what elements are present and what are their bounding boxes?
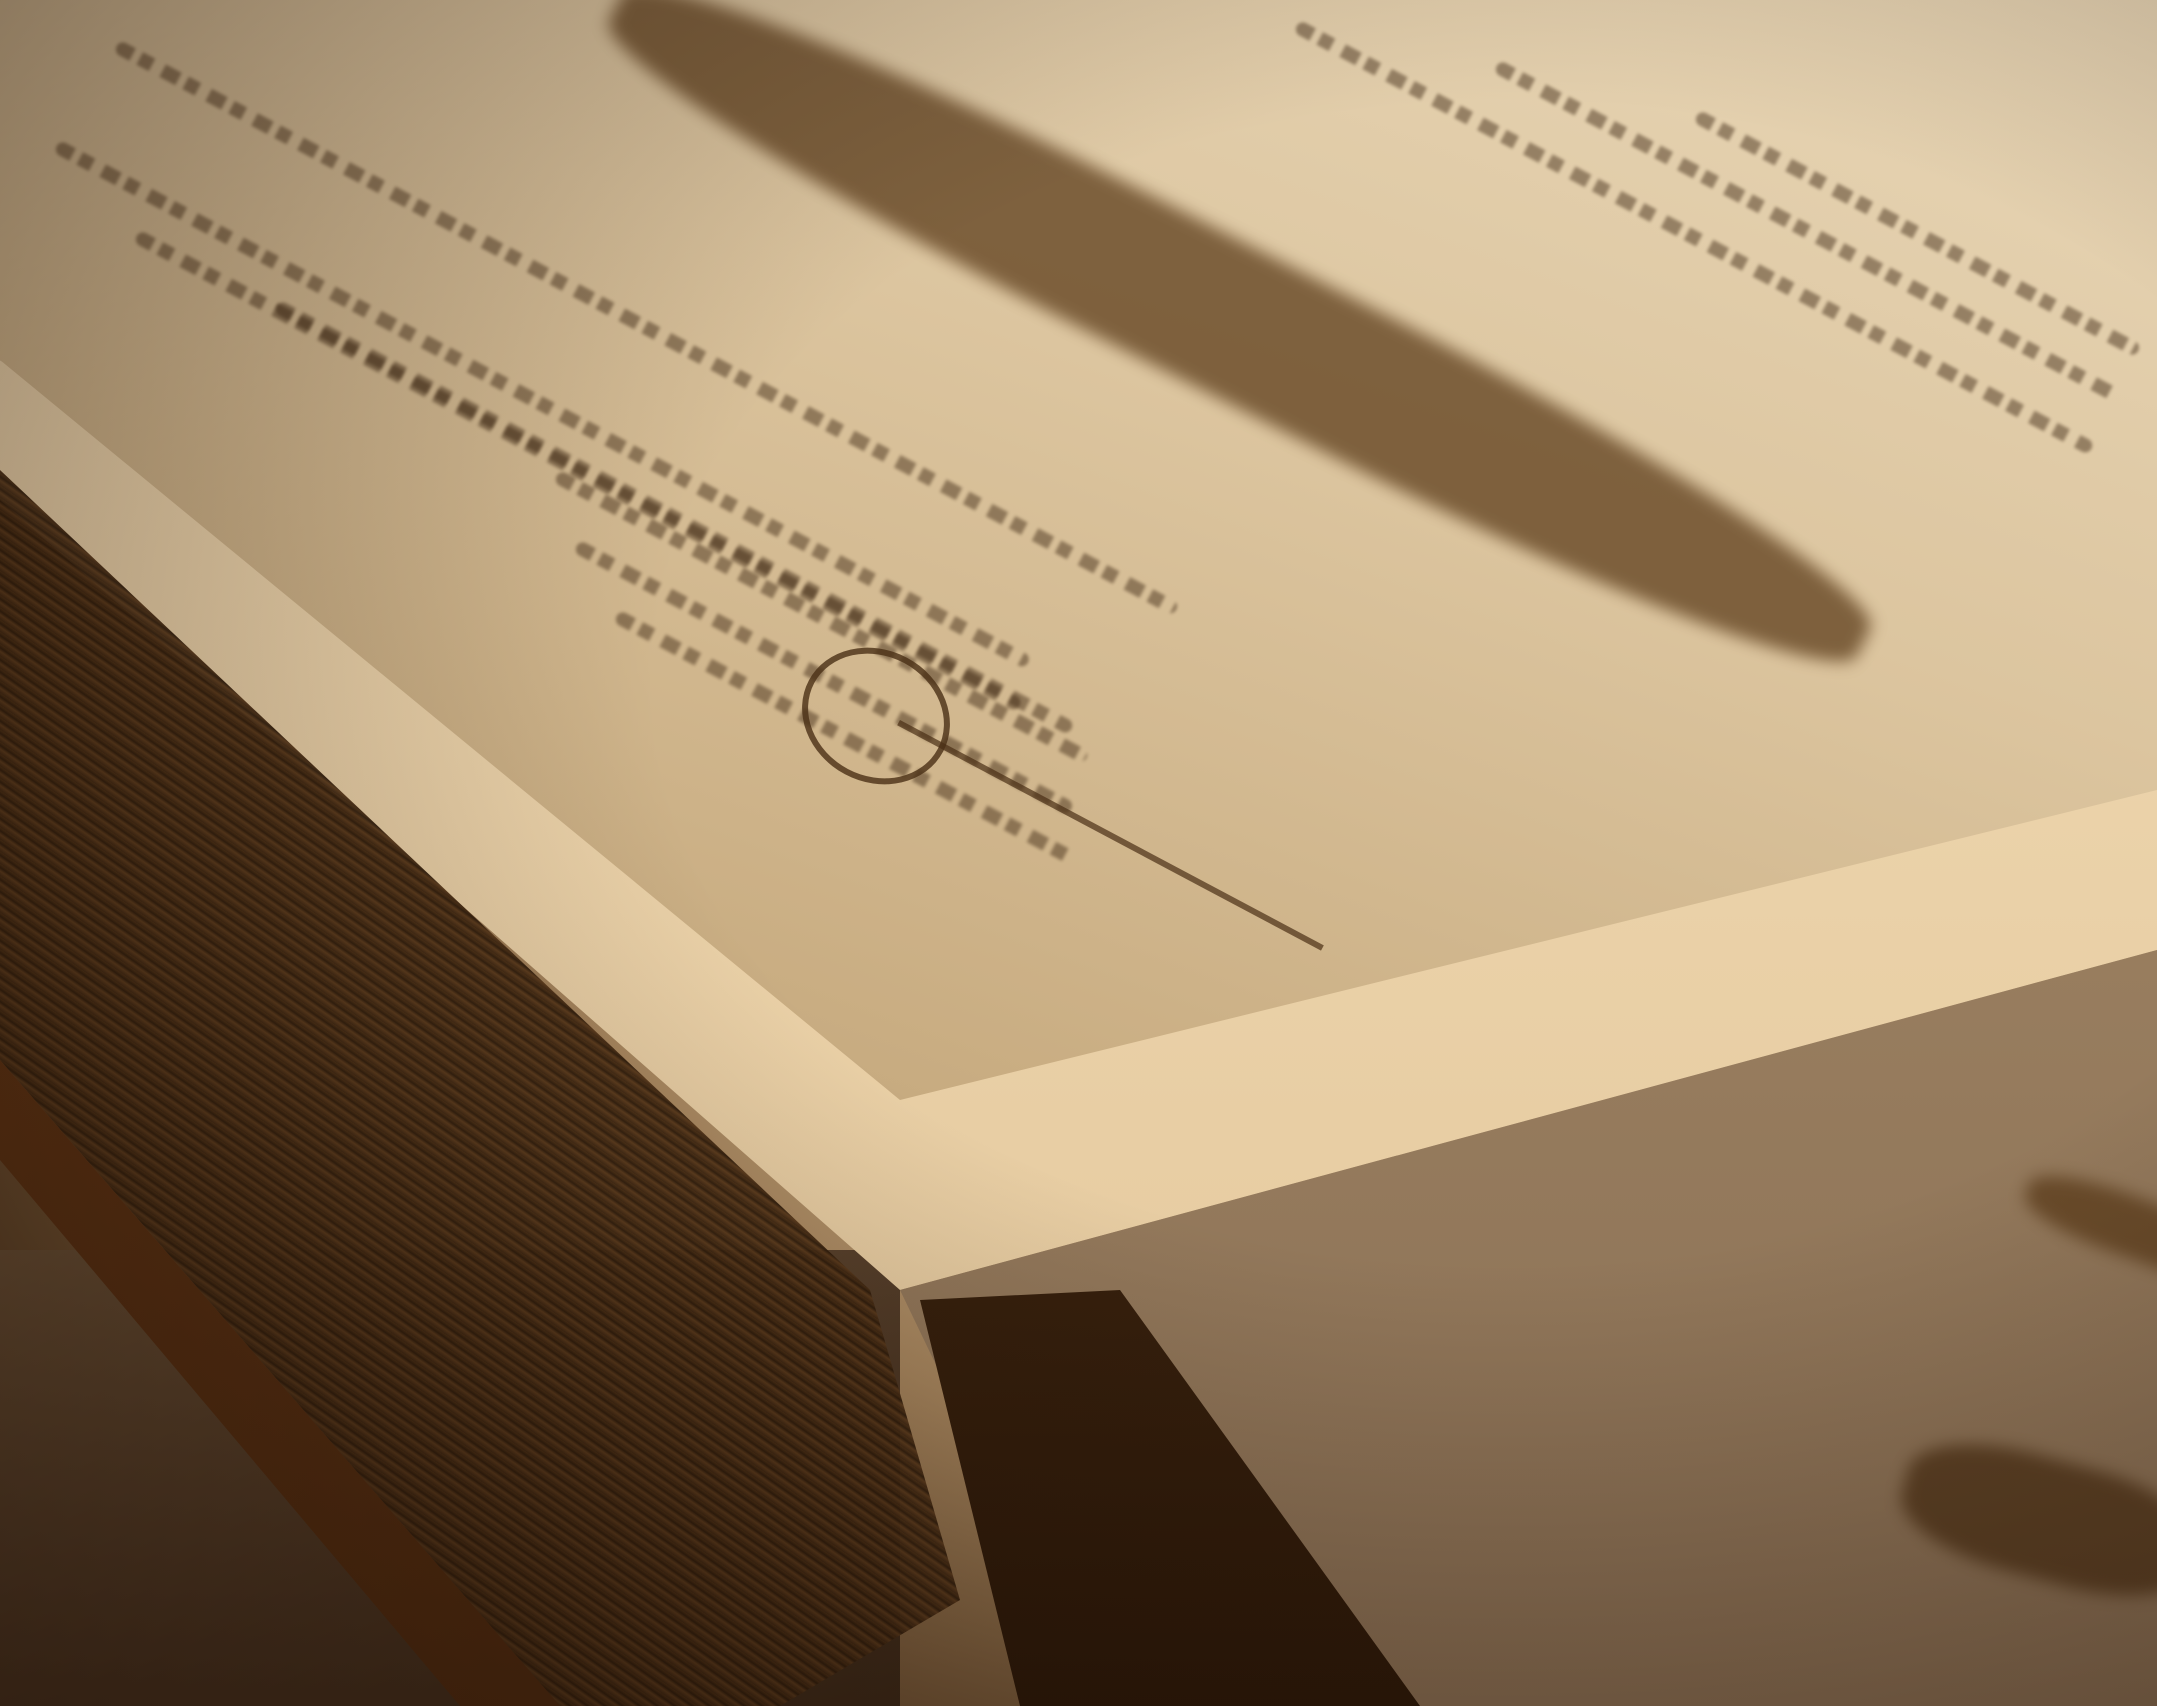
book-photo: Close-up of an antique open book with ha…: [0, 0, 2157, 1706]
